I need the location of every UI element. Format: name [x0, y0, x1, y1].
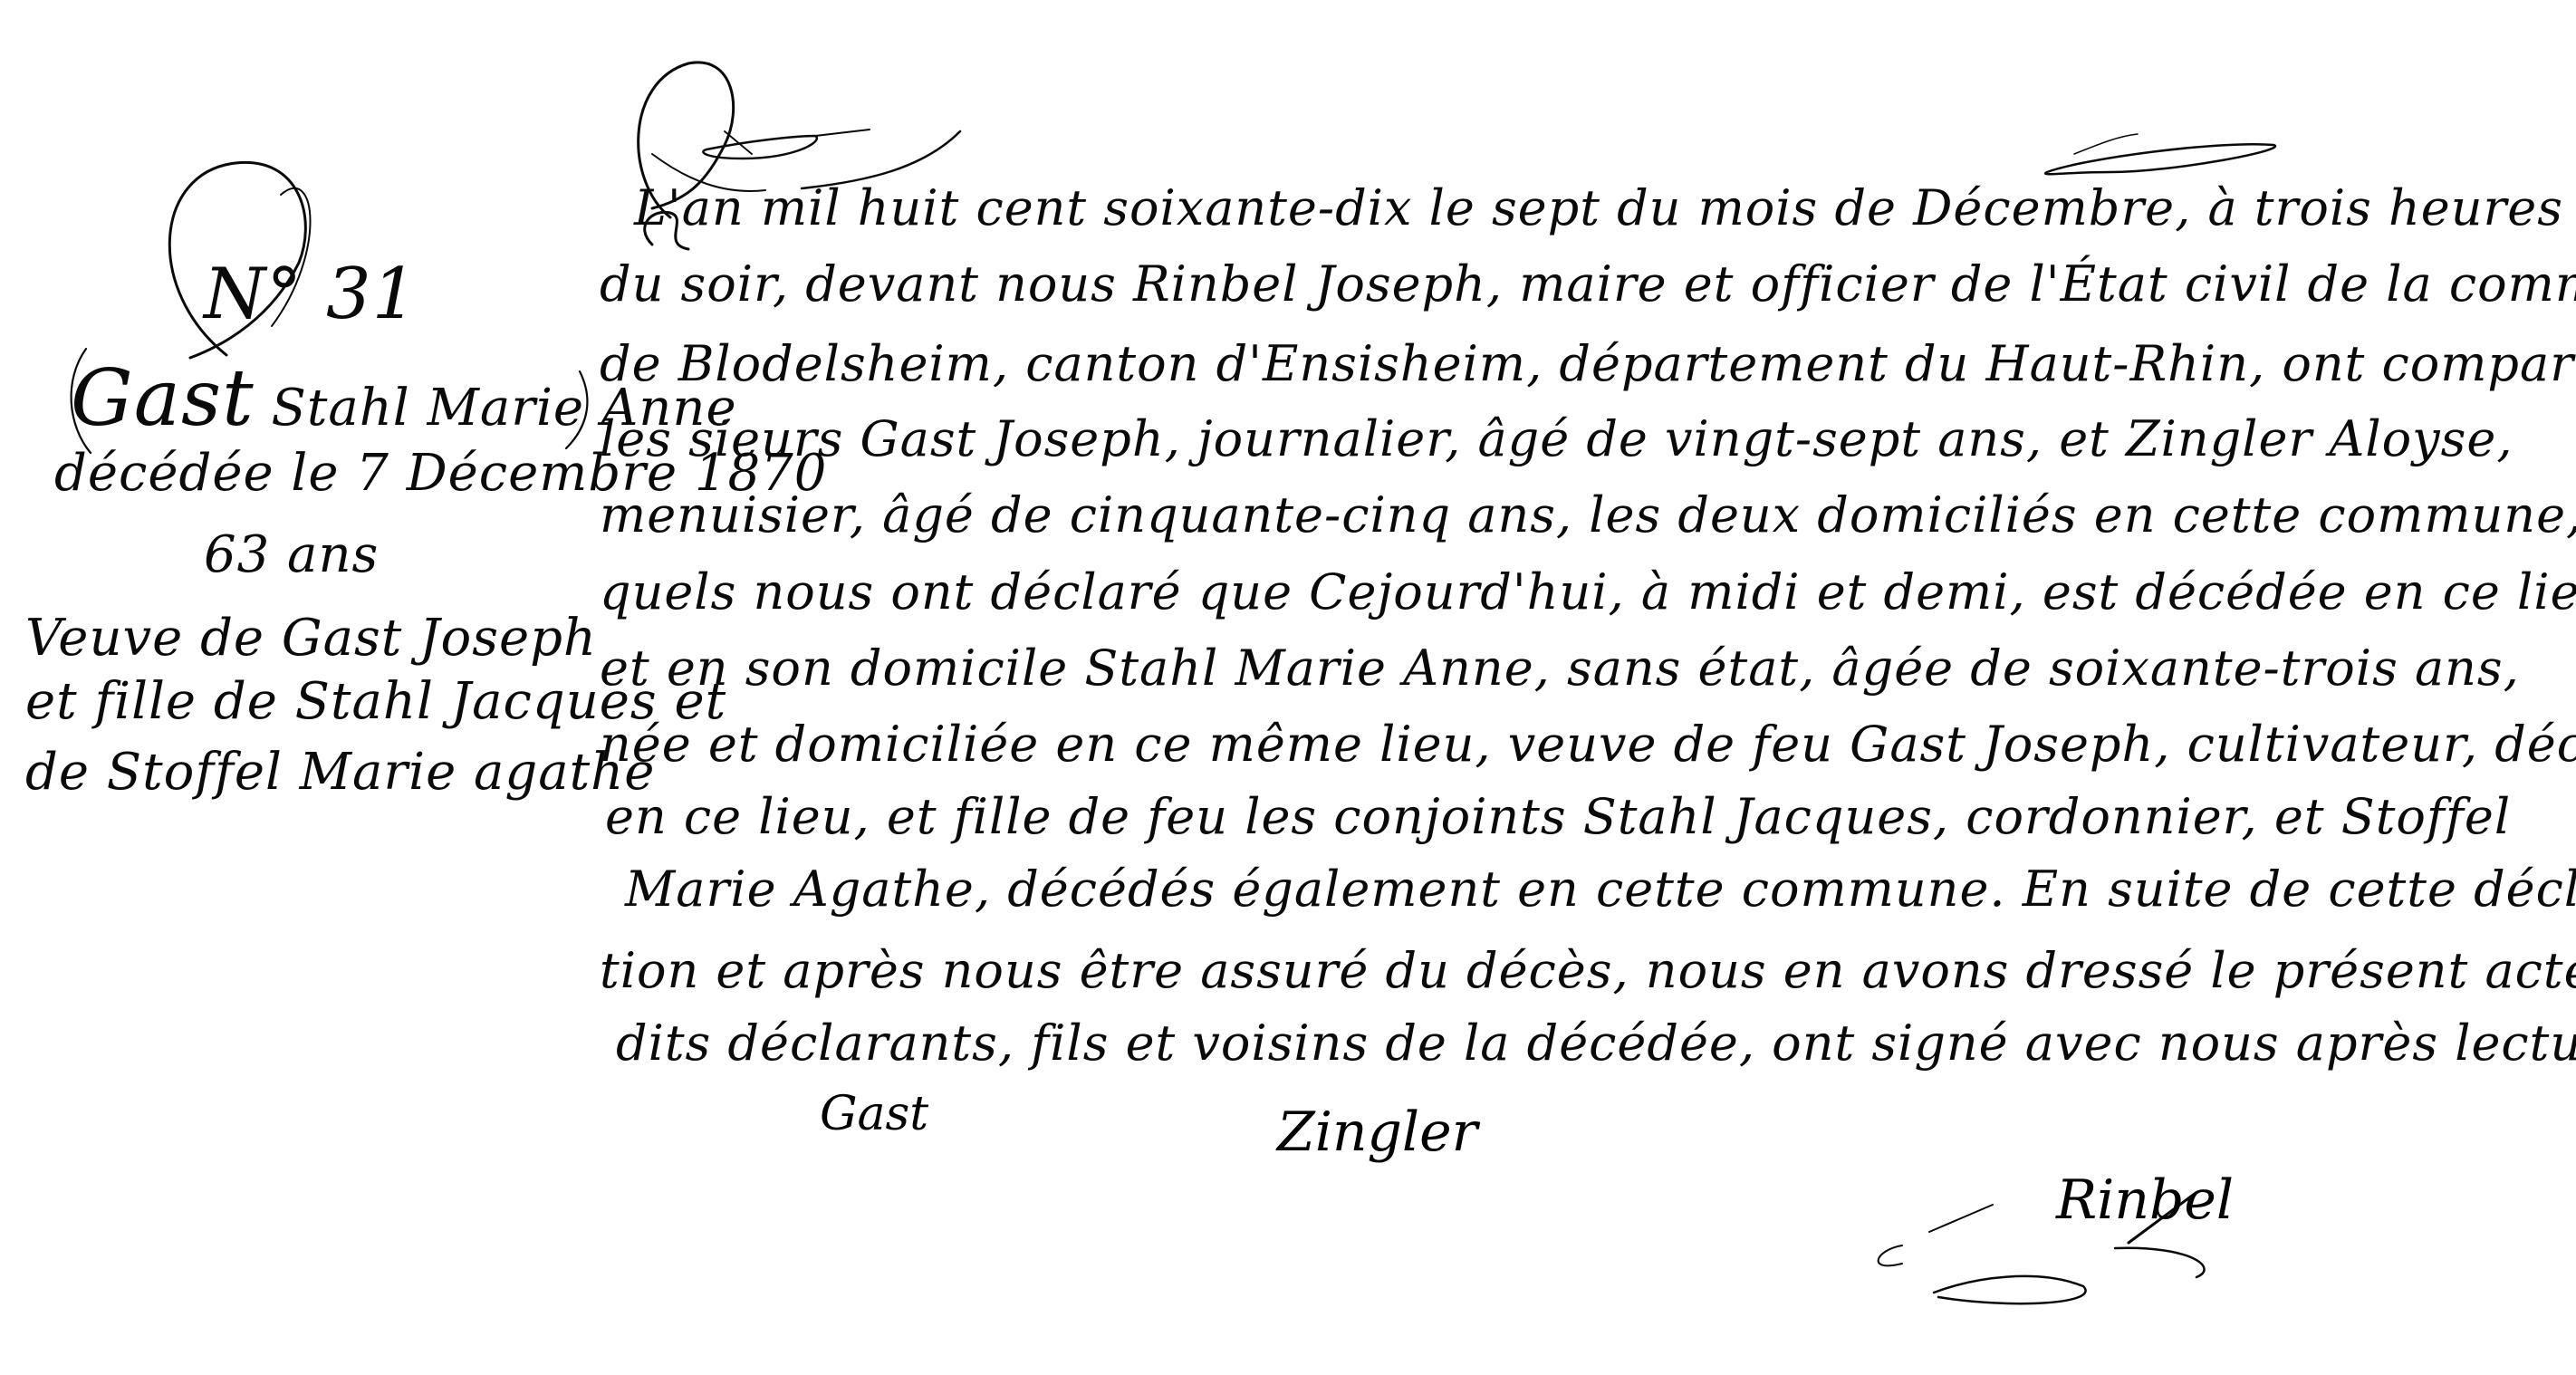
header-flourish-left — [703, 136, 817, 159]
body-line-9: en ce lieu, et fille de feu les conjoint… — [605, 788, 2511, 845]
maire-signature-flourish — [1934, 1276, 2086, 1303]
body-line-1: L'an mil huit cent soixante-dix le sept … — [634, 179, 2563, 236]
body-line-11: tion et après nous être assuré du décès,… — [600, 942, 2576, 999]
record-number: N° 31 — [204, 254, 418, 335]
body-line-3: de Blodelsheim, canton d'Ensisheim, dépa… — [600, 335, 2576, 392]
signature-maire: Rinbel — [2056, 1168, 2234, 1232]
body-line-10: Marie Agathe, décédés également en cette… — [625, 861, 2576, 918]
signature-zingler: Zingler — [1277, 1101, 1477, 1164]
mother-line: de Stoffel Marie agathe — [25, 743, 655, 802]
age-line: 63 ans — [204, 525, 379, 584]
body-line-4: les sieurs Gast Joseph, journalier, âgé … — [600, 410, 2514, 467]
body-line-7: et en son domicile Stahl Marie Anne, san… — [600, 639, 2520, 697]
widow-line: Veuve de Gast Joseph — [25, 609, 597, 668]
civil-record-page: N° 31 Gast Stahl Marie Anne décédée le 7… — [0, 0, 2576, 1375]
body-line-2: du soir, devant nous Rinbel Joseph, mair… — [600, 255, 2576, 312]
body-line-6: quels nous ont déclaré que Cejourd'hui, … — [600, 563, 2576, 620]
header-flourish-right — [2045, 144, 2275, 174]
body-line-8: née et domiciliée en ce même lieu, veuve… — [600, 716, 2576, 773]
body-line-5: menuisier, âgé de cinquante-cinq ans, le… — [600, 486, 2576, 543]
surname: Gast — [71, 353, 255, 444]
signature-gast: Gast — [820, 1087, 928, 1141]
body-line-12: dits déclarants, fils et voisins de la d… — [616, 1014, 2576, 1072]
